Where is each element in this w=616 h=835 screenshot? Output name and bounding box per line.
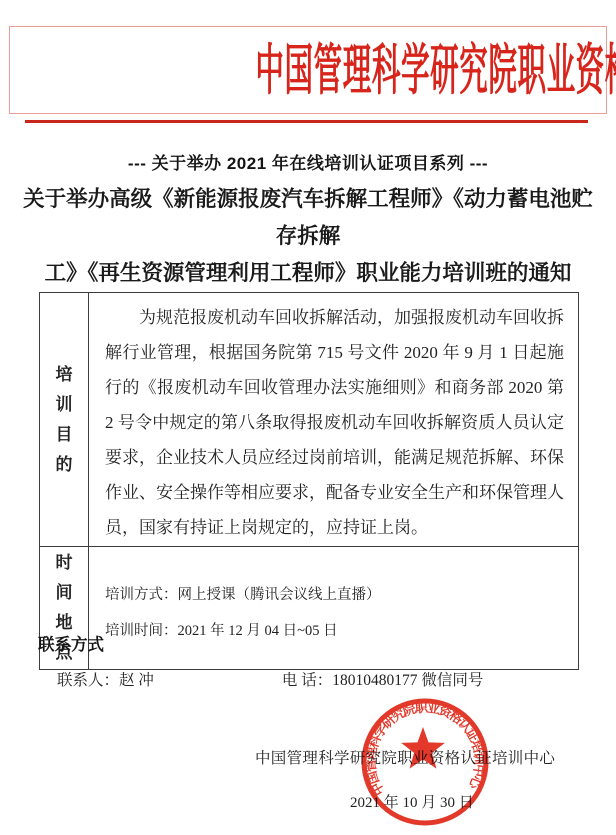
document-title-line2: 工》《再生资源管理利用工程师》职业能力培训班的通知	[18, 255, 598, 292]
table-row-schedule: 时间地点 培训方式：网上授课（腾讯会议线上直播） 培训时间：2021 年 12 …	[40, 547, 579, 670]
schedule-content-cell: 培训方式：网上授课（腾讯会议线上直播） 培训时间：2021 年 12 月 04 …	[89, 547, 579, 670]
contact-person: 联系人：赵 冲	[57, 668, 278, 690]
purpose-label-cell: 培训目的	[40, 293, 89, 547]
document-title: 关于举办高级《新能源报废汽车拆解工程师》《动力蓄电池贮存拆解 工》《再生资源管理…	[18, 181, 598, 292]
schedule-lines: 培训方式：网上授课（腾讯会议线上直播） 培训时间：2021 年 12 月 04 …	[90, 567, 577, 649]
document-title-line1: 关于举办高级《新能源报废汽车拆解工程师》《动力蓄电池贮存拆解	[18, 181, 598, 255]
letterhead-divider-rule	[25, 120, 588, 123]
contact-section-label: 联系方式	[38, 631, 104, 655]
purpose-paragraph: 为规范报废机动车回收拆解活动，加强报废机动车回收拆解行业管理，根据国务院第 71…	[90, 294, 577, 545]
signature-date: 2021 年 10 月 30 日	[350, 791, 474, 812]
info-table: 培训目的 为规范报废机动车回收拆解活动，加强报废机动车回收拆解行业管理，根据国务…	[39, 292, 579, 670]
table-row-purpose: 培训目的 为规范报废机动车回收拆解活动，加强报废机动车回收拆解行业管理，根据国务…	[40, 293, 579, 547]
org-title-text: 中国管理科学研究院职业资格认证培训中心	[255, 34, 616, 106]
training-time-line: 培训时间：2021 年 12 月 04 日~05 日	[105, 613, 569, 649]
letterhead-org-title: 中国管理科学研究院职业资格认证培训中心	[0, 34, 616, 106]
purpose-label: 培训目的	[54, 360, 74, 480]
contact-phone: 电 话：18010480177 微信同号	[282, 672, 484, 689]
series-subtitle: --- 关于举办 2021 年在线培训认证项目系列 ---	[0, 149, 616, 174]
document-page: 中国管理科学研究院职业资格认证培训中心 --- 关于举办 2021 年在线培训认…	[0, 0, 616, 835]
contact-row: 联系人：赵 冲 电 话：18010480177 微信同号	[57, 668, 577, 690]
training-method-line: 培训方式：网上授课（腾讯会议线上直播）	[105, 577, 569, 613]
signature-org-line: 中国管理科学研究院职业资格认证培训中心	[255, 746, 555, 768]
purpose-content-cell: 为规范报废机动车回收拆解活动，加强报废机动车回收拆解行业管理，根据国务院第 71…	[89, 293, 579, 547]
